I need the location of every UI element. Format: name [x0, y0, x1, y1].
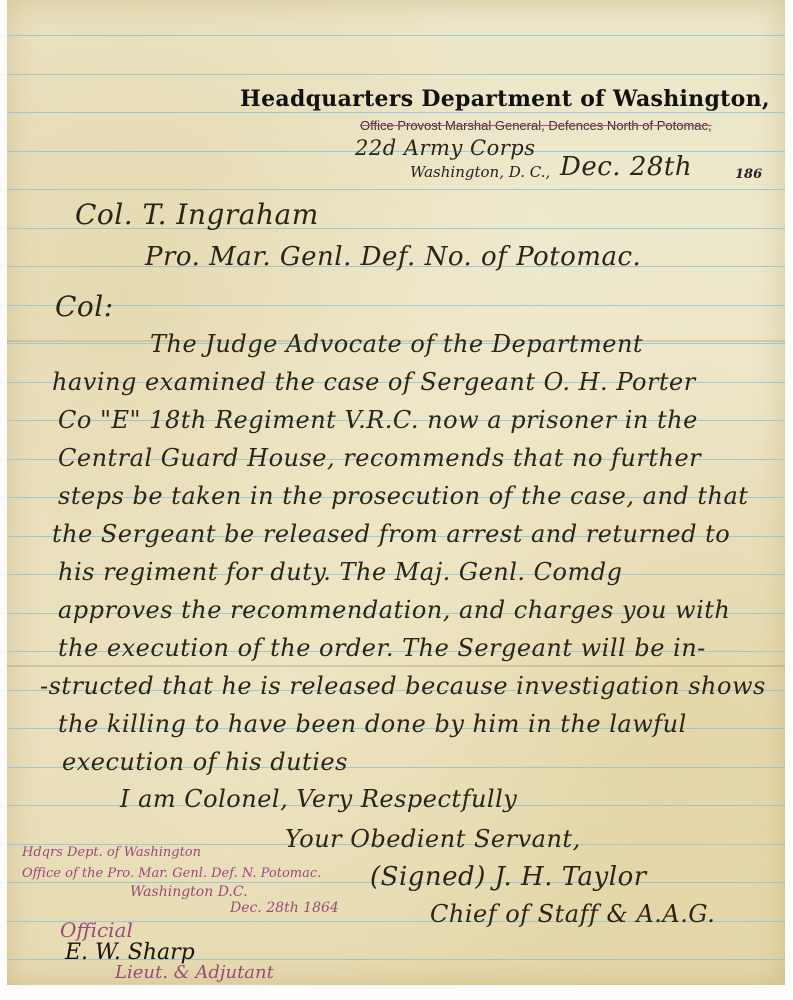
- endorsement-date: Dec. 28th 1864: [230, 900, 339, 916]
- closing-line-1: I am Colonel, Very Respectfully: [120, 785, 517, 813]
- endorsement-line-3: Washington D.C.: [130, 884, 248, 900]
- letterhead-office: Office Provost Marshal General, Defences…: [360, 118, 712, 133]
- body-line: the Sergeant be released from arrest and…: [52, 520, 730, 548]
- body-line: the execution of the order. The Sergeant…: [58, 634, 706, 662]
- body-line: Central Guard House, recommends that no …: [58, 444, 701, 472]
- salutation: Col:: [55, 290, 114, 323]
- body-line: -structed that he is released because in…: [40, 672, 766, 700]
- letterhead-title: Headquarters Department of Washington,: [240, 86, 770, 112]
- letter-date: Dec. 28th: [560, 152, 692, 182]
- letterhead-city: Washington, D. C.,: [410, 163, 550, 181]
- rule-line: [7, 112, 785, 113]
- endorsement-official: Official: [60, 918, 133, 942]
- signature: (Signed) J. H. Taylor: [370, 862, 647, 892]
- corps-note: 22d Army Corps: [355, 136, 535, 160]
- closing-line-2: Your Obedient Servant,: [285, 825, 581, 853]
- rule-line: [7, 74, 785, 75]
- rule-line: [7, 305, 785, 306]
- addressee-title: Pro. Mar. Genl. Def. No. of Potomac.: [145, 242, 641, 272]
- body-line: having examined the case of Sergeant O. …: [52, 368, 696, 396]
- signer-title: Chief of Staff & A.A.G.: [430, 900, 715, 928]
- fold-crease: [7, 665, 785, 667]
- endorsement-line-1: Hdqrs Dept. of Washington: [22, 845, 201, 860]
- body-line: Co "E" 18th Regiment V.R.C. now a prison…: [58, 406, 698, 434]
- body-line: approves the recommendation, and charges…: [58, 596, 730, 624]
- letterhead-year: 186: [735, 167, 762, 182]
- endorsement-line-2: Office of the Pro. Mar. Genl. Def. N. Po…: [22, 866, 321, 881]
- body-line: The Judge Advocate of the Department: [150, 330, 643, 358]
- body-line: steps be taken in the prosecution of the…: [58, 482, 748, 510]
- body-line: execution of his duties: [62, 748, 348, 776]
- rule-line: [7, 35, 785, 36]
- rule-line: [7, 189, 785, 190]
- addressee-name: Col. T. Ingraham: [75, 198, 319, 231]
- body-line: the killing to have been done by him in …: [58, 710, 687, 738]
- endorsement-title: Lieut. & Adjutant: [115, 962, 274, 983]
- body-line: his regiment for duty. The Maj. Genl. Co…: [58, 558, 622, 586]
